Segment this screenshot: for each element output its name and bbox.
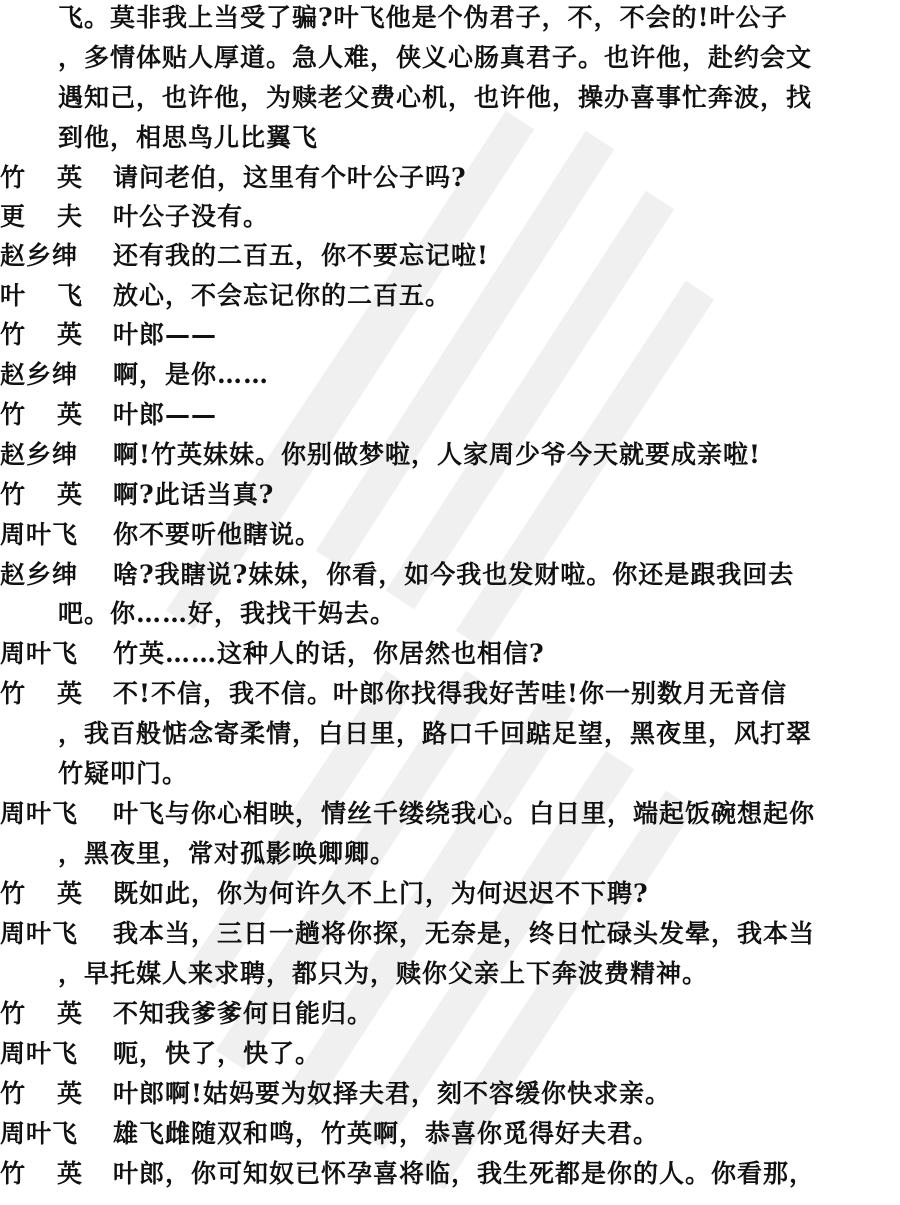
speaker-name: 竹英 (0, 674, 110, 714)
dialogue-text: 叶郎啊!姑妈要为奴择夫君，刻不容缓你快求亲。 (113, 1074, 671, 1114)
speaker-name: 赵乡绅 (0, 555, 110, 595)
dialogue-text: 啊?此话当真? (113, 475, 274, 515)
speaker-name: 赵乡绅 (0, 355, 110, 395)
dialogue-text: 不!不信，我不信。叶郎你找得我好苦哇!你一别数月无音信 (113, 674, 787, 714)
dialogue-text: ，多情体贴人厚道。急人难，侠义心肠真君子。也许他，赴约会文 (58, 38, 812, 78)
dialogue-text: ，早托媒人来求聘，都只为，赎你父亲上下奔波费精神。 (58, 954, 708, 994)
dialogue-text: 你不要听他瞎说。 (113, 515, 321, 555)
dialogue-text: ，黑夜里，常对孤影唤卿卿。 (58, 834, 396, 874)
dialogue-text: 还有我的二百五，你不要忘记啦! (113, 236, 489, 276)
speaker-name: 竹英 (0, 158, 110, 198)
speaker-name: 叶飞 (0, 276, 110, 316)
dialogue-text: 放心，不会忘记你的二百五。 (113, 276, 451, 316)
speaker-name: 竹英 (0, 395, 110, 435)
dialogue-text: 啊!竹英妹妹。你别做梦啦，人家周少爷今天就要成亲啦! (113, 435, 761, 475)
speaker-name: 周叶飞 (0, 634, 110, 674)
dialogue-text: 啥?我瞎说?妹妹，你看，如今我也发财啦。你还是跟我回去 (113, 555, 794, 595)
speaker-name: 竹英 (0, 1154, 110, 1194)
speaker-name: 周叶飞 (0, 515, 110, 555)
dialogue-text: 竹英……这种人的话，你居然也相信? (113, 634, 545, 674)
dialogue-text: 叶飞与你心相映，情丝千缕绕我心。白日里，端起饭碗想起你 (113, 794, 815, 834)
speaker-name: 周叶飞 (0, 794, 110, 834)
speaker-name: 赵乡绅 (0, 236, 110, 276)
dialogue-text: 雄飞雌随双和鸣，竹英啊，恭喜你觅得好夫君。 (113, 1114, 659, 1154)
dialogue-text: 叶郎—— (113, 315, 217, 355)
dialogue-text: 呃，快了，快了。 (113, 1034, 321, 1074)
dialogue-text: 啊，是你…… (113, 355, 269, 395)
speaker-name: 周叶飞 (0, 1114, 110, 1154)
dialogue-text: 叶郎，你可知奴已怀孕喜将临，我生死都是你的人。你看那， (113, 1154, 815, 1194)
dialogue-text: 请问老伯，这里有个叶公子吗? (113, 158, 467, 198)
dialogue-text: 遇知己，也许他，为赎老父费心机，也许他，操办喜事忙奔波，找 (58, 78, 812, 118)
dialogue-text: 不知我爹爹何日能归。 (113, 994, 373, 1034)
speaker-name: 竹英 (0, 874, 110, 914)
dialogue-text: 既如此，你为何许久不上门，为何迟迟不下聘? (113, 874, 649, 914)
speaker-name: 竹英 (0, 315, 110, 355)
speaker-name: 竹英 (0, 475, 110, 515)
dialogue-text: 叶郎—— (113, 395, 217, 435)
speaker-name: 更夫 (0, 197, 110, 237)
dialogue-text: 到他，相思鸟儿比翼飞 (58, 118, 318, 158)
speaker-name: 竹英 (0, 994, 110, 1034)
dialogue-text: 叶公子没有。 (113, 197, 269, 237)
dialogue-text: 飞。莫非我上当受了骗?叶飞他是个伪君子，不，不会的!叶公子 (58, 0, 788, 38)
speaker-name: 周叶飞 (0, 914, 110, 954)
speaker-name: 周叶飞 (0, 1034, 110, 1074)
dialogue-text: 我本当，三日一趟将你探，无奈是，终日忙碌头发晕，我本当 (113, 914, 815, 954)
dialogue-text: 竹疑叩门。 (58, 754, 188, 794)
speaker-name: 竹英 (0, 1074, 110, 1114)
dialogue-text: ，我百般惦念寄柔情，白日里，路口千回踮足望，黑夜里，风打翠 (58, 714, 812, 754)
speaker-name: 赵乡绅 (0, 435, 110, 475)
dialogue-text: 吧。你……好，我找干妈去。 (58, 594, 396, 634)
